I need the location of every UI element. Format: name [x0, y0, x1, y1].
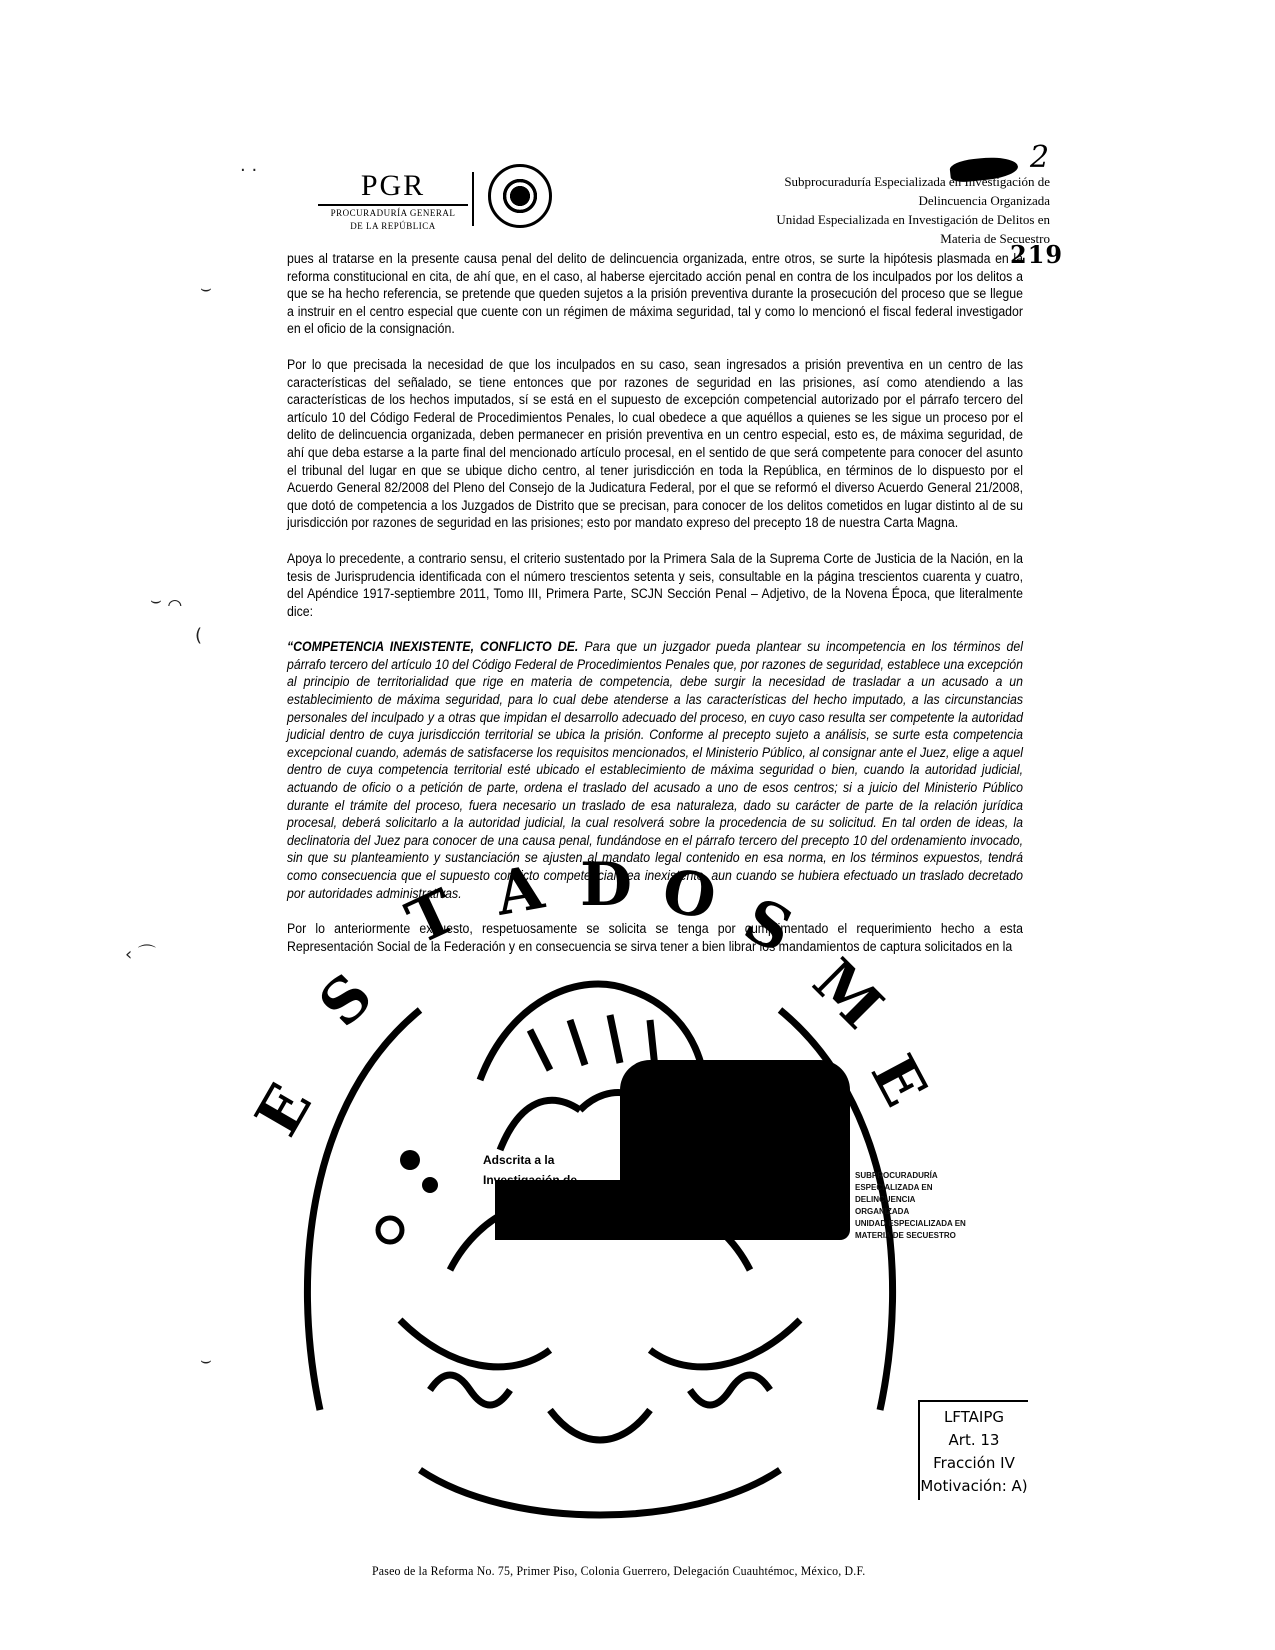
- scan-speck: ⌣: [200, 278, 212, 299]
- mexico-coat-of-arms-icon: [488, 164, 552, 228]
- scan-speck: ‹ ⌒: [125, 940, 156, 966]
- scan-speck: ⌣ ⌒: [150, 590, 182, 611]
- classification-line: Art. 13: [920, 1429, 1028, 1452]
- document-page: PGR PROCURADURÍA GENERAL DE LA REPÚBLICA…: [0, 0, 1275, 1650]
- classification-stamp: LFTAIPG Art. 13 Fracción IV Motivación: …: [918, 1400, 1028, 1500]
- logo-divider: [472, 172, 474, 226]
- paragraph: pues al tratarse en la presente causa pe…: [287, 250, 1023, 338]
- logo-name-line2: DE LA REPÚBLICA: [318, 221, 468, 232]
- svg-text:E: E: [250, 1073, 326, 1148]
- jurisprudence-quote: “COMPETENCIA INEXISTENTE, CONFLICTO DE. …: [287, 638, 1023, 902]
- agency-line: Materia de Secuestro: [776, 229, 1050, 248]
- handwritten-mark: 2: [1030, 140, 1049, 175]
- classification-line: Motivación: A): [920, 1475, 1028, 1498]
- quote-text: Para que un juzgador pueda plantear su i…: [287, 639, 1023, 900]
- stamp-text-left: Adscrita a la Investigación de: [483, 1150, 577, 1190]
- stamp-text-right: SUBPROCURADURÍA ESPECIALIZADA EN DELINCU…: [855, 1170, 966, 1242]
- closing-paragraph: Por lo anteriormente expuesto, respetuos…: [287, 920, 1023, 955]
- scan-speck: (: [195, 625, 202, 646]
- agency-line: Subprocuraduría Especializada en Investi…: [776, 172, 1050, 191]
- scan-speck: ⌣: [200, 1350, 212, 1371]
- agency-line: Unidad Especializada en Investigación de…: [776, 210, 1050, 229]
- agency-line: Delincuencia Organizada: [776, 191, 1050, 210]
- document-body: pues al tratarse en la presente causa pe…: [287, 250, 1023, 973]
- svg-text:E: E: [857, 1044, 940, 1117]
- classification-line: LFTAIPG: [920, 1406, 1028, 1429]
- agency-heading: Subprocuraduría Especializada en Investi…: [776, 172, 1050, 248]
- paragraph: Apoya lo precedente, a contrario sensu, …: [287, 550, 1023, 620]
- pgr-logo: PGR PROCURADURÍA GENERAL DE LA REPÚBLICA: [318, 170, 468, 232]
- scan-speck: · ·: [240, 160, 257, 181]
- logo-acronym: PGR: [318, 170, 468, 206]
- paragraph: Por lo que precisada la necesidad de que…: [287, 356, 1023, 532]
- logo-name-line1: PROCURADURÍA GENERAL: [318, 208, 468, 219]
- quote-heading: “COMPETENCIA INEXISTENTE, CONFLICTO DE.: [287, 639, 578, 654]
- classification-line: Fracción IV: [920, 1452, 1028, 1475]
- footer-address: Paseo de la Reforma No. 75, Primer Piso,…: [372, 1564, 865, 1579]
